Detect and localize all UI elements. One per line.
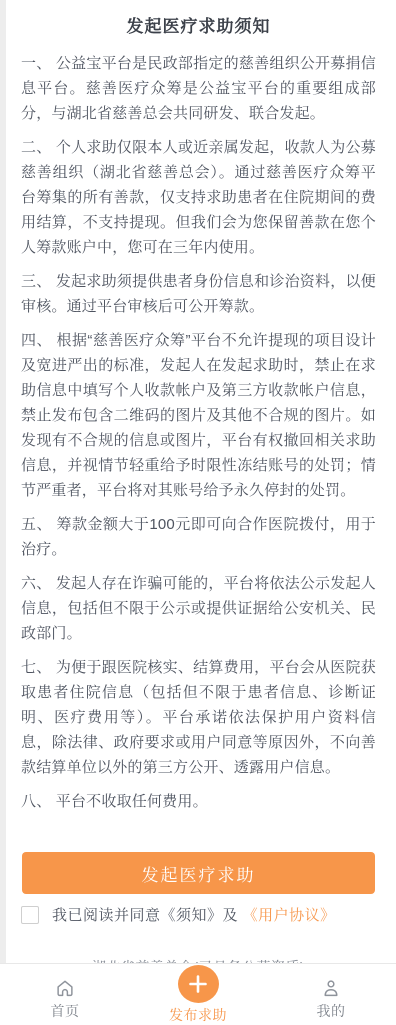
tab-mine[interactable]: 我的 bbox=[266, 964, 396, 1025]
user-icon bbox=[320, 977, 342, 999]
notice-body: 一、 公益宝平台是民政部指定的慈善组织公开募捐信息平台。慈善医疗众筹是公益宝平台… bbox=[21, 51, 376, 814]
notice-paragraph: 四、 根据“慈善医疗众筹”平台不允许提现的项目设计及宽进严出的标准，发起人在发起… bbox=[21, 328, 376, 503]
home-icon bbox=[54, 977, 76, 999]
notice-paragraph: 六、 发起人存在诈骗可能的，平台将依法公示发起人信息，包括但不限于公示或提供证据… bbox=[21, 571, 376, 646]
agreement-prefix: 我已阅读并同意《须知》及 bbox=[52, 907, 243, 924]
notice-paragraph: 七、 为便于跟医院核实、结算费用，平台会从医院获取患者住院信息（包括但不限于患者… bbox=[21, 655, 376, 780]
tab-home[interactable]: 首页 bbox=[0, 964, 130, 1025]
agreement-checkbox[interactable] bbox=[21, 906, 39, 924]
page-edge-strip bbox=[0, 0, 6, 1025]
agreement-row: 我已阅读并同意《须知》及 《用户协议》 bbox=[21, 904, 376, 925]
submit-medical-help-button[interactable]: 发起医疗求助 bbox=[22, 852, 375, 894]
notice-content: 发起医疗求助须知 一、 公益宝平台是民政部指定的慈善组织公开募捐信息平台。慈善医… bbox=[0, 0, 396, 1025]
tab-bar: 首页 发布求助 我的 bbox=[0, 963, 396, 1025]
agreement-text: 我已阅读并同意《须知》及 《用户协议》 bbox=[52, 904, 336, 925]
notice-paragraph: 三、 发起求助须提供患者身份信息和诊治资料，以便审核。通过平台审核后可公开筹款。 bbox=[21, 269, 376, 319]
tab-home-label: 首页 bbox=[51, 1001, 80, 1021]
plus-icon[interactable] bbox=[178, 965, 219, 1003]
tab-mine-label: 我的 bbox=[317, 1001, 346, 1021]
notice-paragraph: 五、 筹款金额大于100元即可向合作医院拨付，用于治疗。 bbox=[21, 512, 376, 562]
notice-paragraph: 八、 平台不收取任何费用。 bbox=[21, 789, 376, 814]
notice-paragraph: 二、 个人求助仅限本人或近亲属发起，收款人为公募慈善组织（湖北省慈善总会）。通过… bbox=[21, 135, 376, 260]
tab-publish-help[interactable]: 发布求助 bbox=[133, 964, 263, 1025]
page-title: 发起医疗求助须知 bbox=[21, 12, 376, 37]
page: 发起医疗求助须知 一、 公益宝平台是民政部指定的慈善组织公开募捐信息平台。慈善医… bbox=[0, 0, 396, 1025]
user-agreement-link[interactable]: 《用户协议》 bbox=[243, 907, 336, 924]
tab-publish-label: 发布求助 bbox=[169, 1005, 227, 1025]
notice-paragraph: 一、 公益宝平台是民政部指定的慈善组织公开募捐信息平台。慈善医疗众筹是公益宝平台… bbox=[21, 51, 376, 126]
